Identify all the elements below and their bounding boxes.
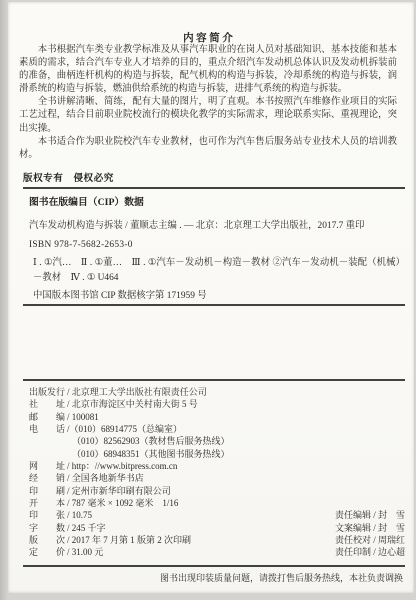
divider: [23, 304, 405, 306]
pub-row-format: 开 本 / 787 毫米 × 1092 毫米 1/16: [29, 497, 405, 509]
pub-row-value: （010）68948351（其他图书服务热线）: [66, 448, 230, 460]
pub-row-printer: 印 刷 / 定州市新华印刷有限公司: [29, 485, 405, 497]
pub-row-wordcount: 字 数 / 245 千字 文案编辑 / 封 雪: [29, 522, 405, 534]
pub-row-label: 经 销: [29, 472, 66, 484]
copyright-notice: 版权专有 侵权必究: [23, 170, 114, 184]
pub-row-label: 印 张: [29, 509, 66, 521]
summary-title: 内 容 简 介: [0, 30, 416, 45]
pub-row-value: / http：//www.bitpress.com.cn: [66, 460, 177, 472]
pub-row-value: / 245 千字: [66, 522, 106, 534]
staff-credit: 责任编辑 / 封 雪: [335, 509, 405, 521]
pub-row-label: 印 刷: [29, 485, 66, 497]
cip-record-number: 中国版本图书馆 CIP 数据核字第 171959 号: [33, 287, 207, 301]
pub-row-website: 网 址 / http：//www.bitpress.com.cn: [29, 460, 405, 472]
pub-row-phone: 电 话 /（010）68914775（总编室）: [29, 423, 405, 435]
pub-row-value: / 北京理工大学出版社有限责任公司: [66, 386, 207, 398]
pub-row-publisher: 出版发行 / 北京理工大学出版社有限责任公司: [29, 386, 405, 398]
pub-row-sheets: 印 张 / 10.75 责任编辑 / 封 雪: [29, 509, 405, 521]
pub-row-label: 社 址: [29, 398, 66, 410]
cip-classification: Ⅰ . ①汽… Ⅱ . ①董… Ⅲ . ①汽车－发动机－构造－教材 ②汽车－发动…: [33, 256, 405, 285]
quality-footer-note: 图书出现印装质量问题，请拨打售后服务热线，本社负责调换: [160, 571, 403, 584]
pub-row-phone3: （010）68948351（其他图书服务热线）: [29, 448, 405, 460]
pub-row-distribution: 经 销 / 全国各地新华书店: [29, 472, 405, 484]
pub-row-value: / 北京市海淀区中关村南大街 5 号: [66, 398, 198, 410]
pub-row-label: 电 话: [29, 423, 66, 435]
pub-row-label: 出版发行: [29, 386, 66, 398]
summary-paragraph: 本书根据汽车类专业教学标准及从事汽车职业的在岗人员对基础知识、基本技能和基本素质…: [19, 44, 397, 96]
pub-row-address: 社 址 / 北京市海淀区中关村南大街 5 号: [29, 398, 405, 410]
pub-row-label: 版 次: [29, 534, 66, 546]
pub-row-value: / 31.00 元: [66, 546, 103, 558]
divider: [23, 379, 405, 381]
pub-row-value: / 10.75: [66, 509, 92, 521]
pub-row-value: / 全国各地新华书店: [66, 472, 144, 484]
staff-credit: 文案编辑 / 封 雪: [335, 522, 405, 534]
pub-row-postcode: 邮 编 / 100081: [29, 411, 405, 423]
pub-row-value: / 定州市新华印刷有限公司: [66, 485, 171, 497]
pub-row-value: /（010）68914775（总编室）: [66, 423, 182, 435]
pub-row-edition: 版 次 / 2017 年 7 月第 1 版第 2 次印刷 责任校对 / 周瑞红: [29, 534, 405, 546]
pub-row-value: / 787 毫米 × 1092 毫米 1/16: [66, 497, 178, 509]
staff-credit: 责任校对 / 周瑞红: [335, 534, 405, 546]
pub-row-value: （010）82562903（教材售后服务热线）: [66, 435, 230, 447]
cip-heading: 图书在版编目（CIP）数据: [29, 194, 144, 208]
summary-paragraph: 本书适合作为职业院校汽车专业教材，也可作为汽车售后服务站专业技术人员的培训教材。: [19, 136, 397, 162]
pub-row-value: / 2017 年 7 月第 1 版第 2 次印刷: [66, 534, 191, 546]
isbn-line: ISBN 978-7-5682-2653-0: [29, 240, 133, 250]
pub-row-label: 字 数: [29, 522, 66, 534]
summary-section: 本书根据汽车类专业教学标准及从事汽车职业的在岗人员对基础知识、基本技能和基本素质…: [19, 44, 397, 162]
pub-row-phone2: （010）82562903（教材售后服务热线）: [29, 435, 405, 447]
pub-row-price: 定 价 / 31.00 元 责任印制 / 边心超: [29, 546, 405, 558]
summary-paragraph: 全书讲解清晰、简练，配有大量的图片，明了直观。本书按照汽车维修作业项目的实际工艺…: [19, 96, 397, 135]
scanned-page: 内 容 简 介 本书根据汽车类专业教学标准及从事汽车职业的在岗人员对基础知识、基…: [0, 0, 416, 600]
cip-title-line: 汽车发动机构造与拆装 / 董顺志主编 . — 北京：北京理工大学出版社，2017…: [29, 217, 404, 231]
divider: [23, 565, 405, 567]
pub-row-label: 网 址: [29, 460, 66, 472]
pub-row-value: / 100081: [66, 411, 99, 423]
pub-row-label: 邮 编: [29, 411, 66, 423]
publication-info: 出版发行 / 北京理工大学出版社有限责任公司 社 址 / 北京市海淀区中关村南大…: [29, 386, 405, 559]
divider: [23, 187, 405, 189]
pub-row-label: 定 价: [29, 546, 66, 558]
pub-row-label: 开 本: [29, 497, 66, 509]
staff-credit: 责任印制 / 边心超: [335, 546, 405, 558]
